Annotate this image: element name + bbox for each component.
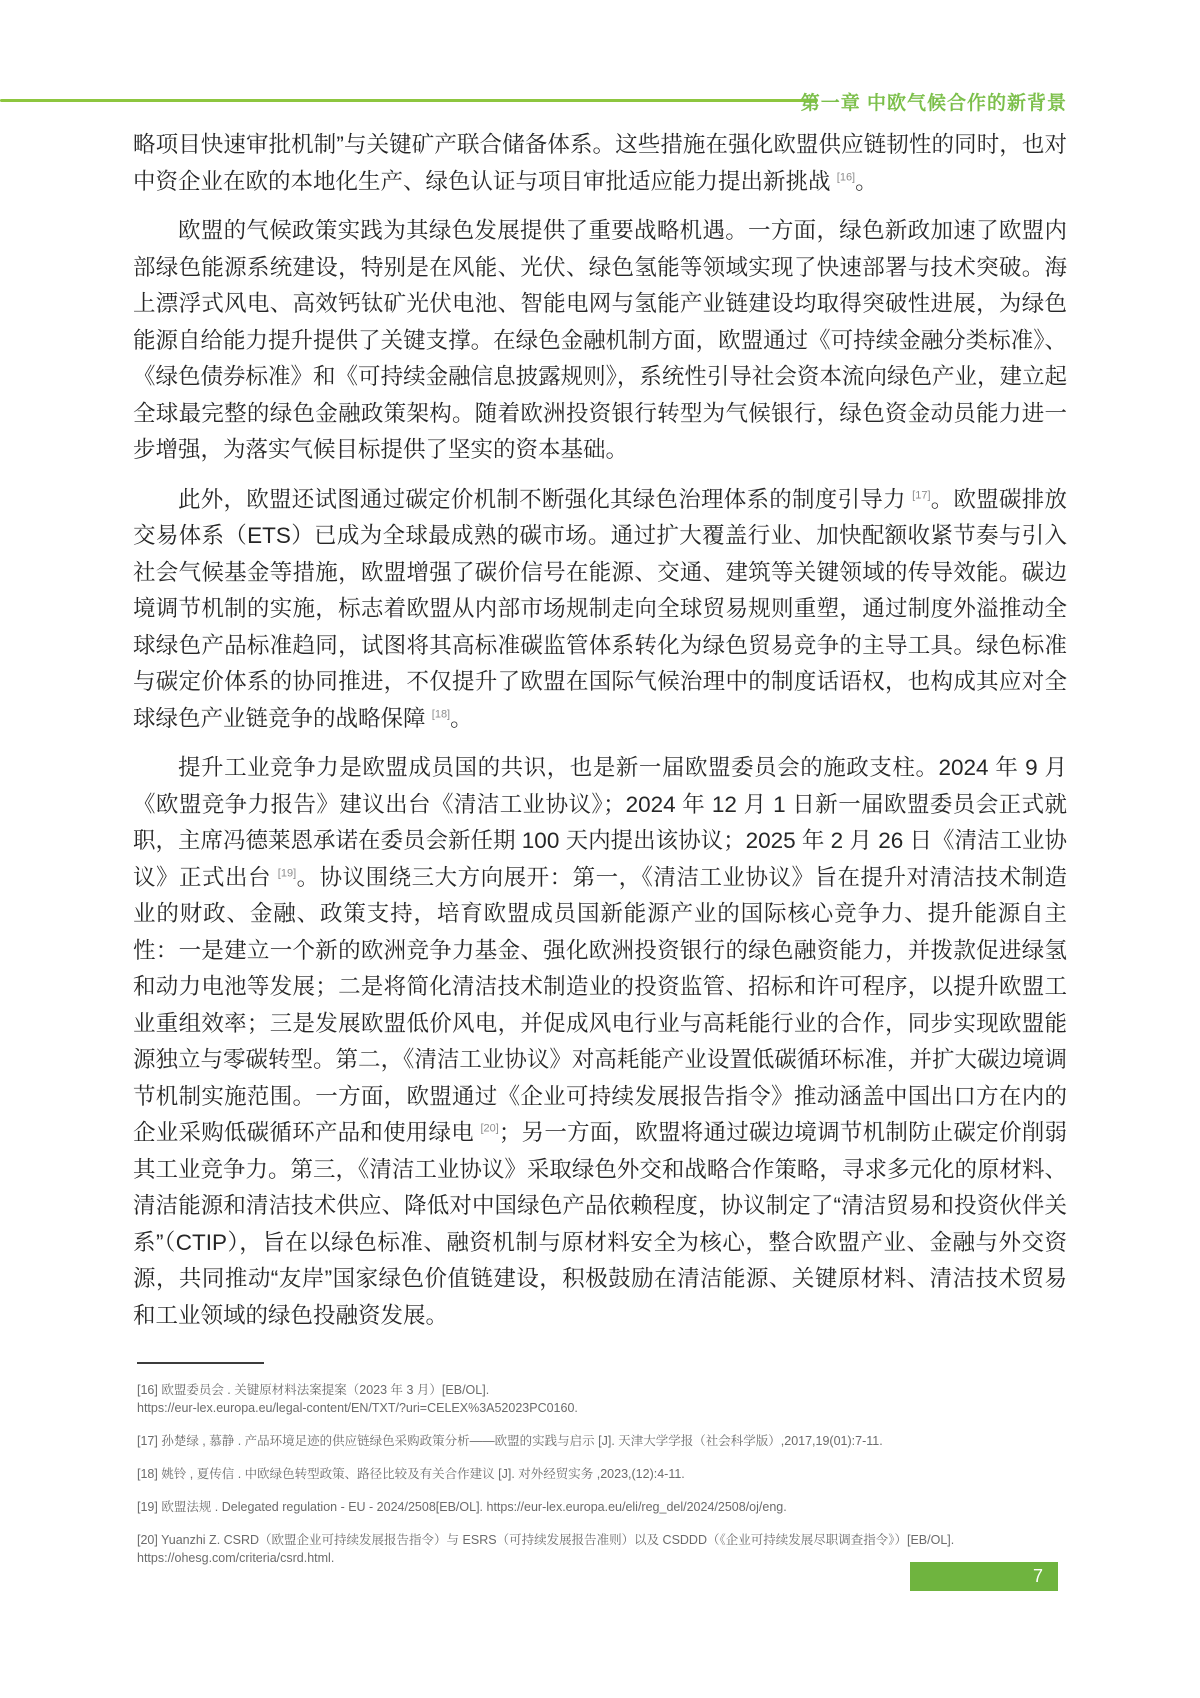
footnote-ref: [19] xyxy=(278,867,296,879)
document-page: 第一章 中欧气候合作的新背景 略项目快速审批机制”与关键矿产联合储备体系。这些措… xyxy=(0,0,1200,1698)
footnote-line: https://eur-lex.europa.eu/legal-content/… xyxy=(137,1399,1067,1417)
footnote-line: [18] 姚铃 , 夏传信 . 中欧绿色转型政策、路径比较及有关合作建议 [J]… xyxy=(137,1465,1067,1483)
chapter-title: 第一章 中欧气候合作的新背景 xyxy=(801,88,1067,115)
footnote-ref: [17] xyxy=(912,489,930,501)
footnote-ref: [16] xyxy=(837,171,855,183)
footnote-item: [18] 姚铃 , 夏传信 . 中欧绿色转型政策、路径比较及有关合作建议 [J]… xyxy=(137,1465,1067,1483)
paragraph: 略项目快速审批机制”与关键矿产联合储备体系。这些措施在强化欧盟供应链韧性的同时，… xyxy=(133,127,1067,200)
footnote-separator xyxy=(137,1362,264,1364)
paragraph: 提升工业竞争力是欧盟成员国的共识，也是新一届欧盟委员会的施政支柱。2024 年 … xyxy=(133,750,1067,1334)
footnote-line: [16] 欧盟委员会 . 关键原材料法案提案（2023 年 3 月）[EB/OL… xyxy=(137,1381,1067,1399)
footnote-line: [19] 欧盟法规 . Delegated regulation - EU - … xyxy=(137,1498,1067,1516)
footnotes-section: [16] 欧盟委员会 . 关键原材料法案提案（2023 年 3 月）[EB/OL… xyxy=(137,1381,1067,1582)
page-number: 7 xyxy=(1033,1566,1043,1587)
header-divider-rule xyxy=(0,99,818,102)
footnote-line: [17] 孙楚绿 , 慕静 . 产品环境足迹的供应链绿色采购政策分析——欧盟的实… xyxy=(137,1432,1067,1450)
body-text: 略项目快速审批机制”与关键矿产联合储备体系。这些措施在强化欧盟供应链韧性的同时，… xyxy=(133,127,1067,1347)
footnote-ref: [18] xyxy=(432,708,450,720)
footnote-item: [17] 孙楚绿 , 慕静 . 产品环境足迹的供应链绿色采购政策分析——欧盟的实… xyxy=(137,1432,1067,1450)
footnote-item: [16] 欧盟委员会 . 关键原材料法案提案（2023 年 3 月）[EB/OL… xyxy=(137,1381,1067,1417)
footnote-item: [19] 欧盟法规 . Delegated regulation - EU - … xyxy=(137,1498,1067,1516)
paragraph: 欧盟的气候政策实践为其绿色发展提供了重要战略机遇。一方面，绿色新政加速了欧盟内部… xyxy=(133,213,1067,469)
paragraph: 此外，欧盟还试图通过碳定价机制不断强化其绿色治理体系的制度引导力 [17]。欧盟… xyxy=(133,482,1067,738)
footnote-ref: [20] xyxy=(481,1123,499,1135)
page-number-badge: 7 xyxy=(910,1562,1058,1591)
